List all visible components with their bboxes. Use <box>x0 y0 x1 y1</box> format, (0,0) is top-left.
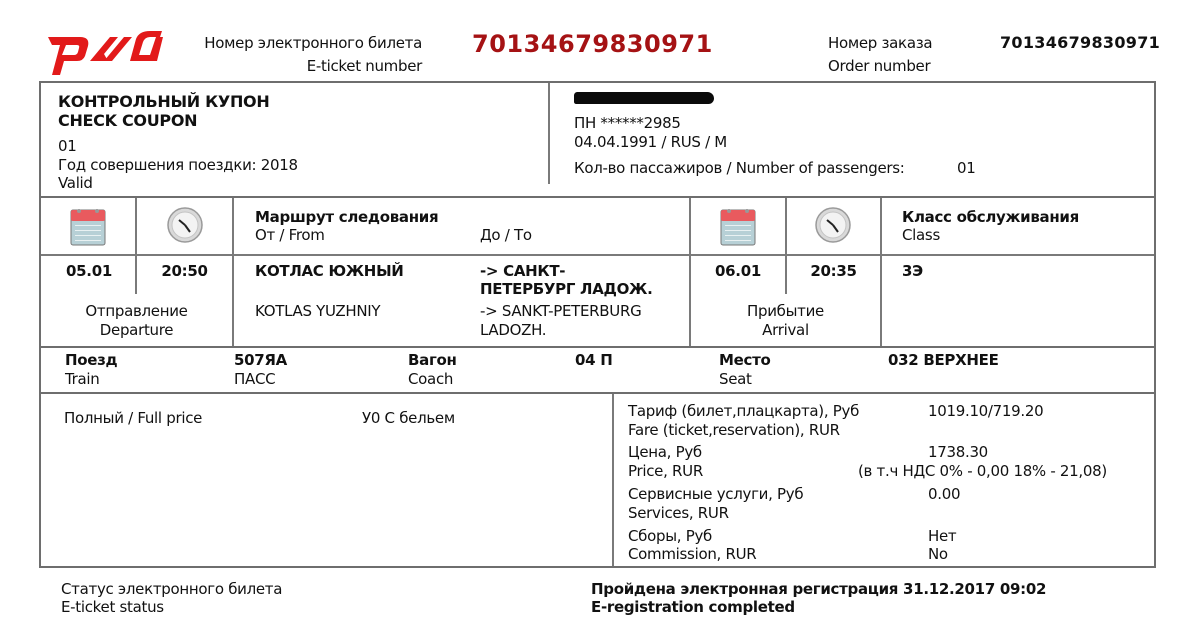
commission-value-en: No <box>928 545 948 564</box>
arrival-time: 20:35 <box>787 262 880 281</box>
status-label-en: E-ticket status <box>61 598 164 617</box>
commission-value-ru: Нет <box>928 527 956 546</box>
departure-date: 05.01 <box>43 262 135 281</box>
passenger-count-label: Кол-во пассажиров / Number of passengers… <box>574 159 905 178</box>
clock-icon <box>166 206 204 244</box>
coach-value: 04 П <box>575 351 612 370</box>
class-label-ru: Класс обслуживания <box>902 208 1079 227</box>
arrival-label-ru: Прибытие <box>691 302 880 321</box>
to-station-ru-2: ПЕТЕРБУРГ ЛАДОЖ. <box>480 280 652 299</box>
train-label-en: Train <box>65 370 100 389</box>
eticket-label-en: E-ticket number <box>150 55 422 78</box>
vat-note: (в т.ч НДС 0% - 0,00 18% - 21,08) <box>858 462 1107 481</box>
passenger-name-redacted <box>574 92 714 104</box>
divider <box>880 198 882 346</box>
order-label-en: Order number <box>828 55 932 78</box>
order-number-label: Номер заказа Order number <box>828 32 932 78</box>
price-value: 1738.30 <box>928 443 988 462</box>
train-label-ru: Поезд <box>65 351 117 370</box>
commission-label-en: Commission, RUR <box>628 545 756 564</box>
coach-label-ru: Вагон <box>408 351 457 370</box>
order-label-ru: Номер заказа <box>828 32 932 55</box>
valid-label: Valid <box>58 174 93 193</box>
coupon-title-en: CHECK COUPON <box>58 111 197 130</box>
departure-time: 20:50 <box>137 262 232 281</box>
rzd-logo <box>46 27 164 77</box>
from-label: От / From <box>255 226 325 245</box>
eticket-number: 70134679830971 <box>472 30 713 58</box>
fare-type: Полный / Full price <box>64 409 202 428</box>
price-label-en: Price, RUR <box>628 462 703 481</box>
eticket-number-label: Номер электронного билета E-ticket numbe… <box>150 32 422 78</box>
services-label-en: Services, RUR <box>628 504 729 523</box>
tariff-label-en: Fare (ticket,reservation), RUR <box>628 421 840 440</box>
tariff-value: 1019.10/719.20 <box>928 402 1043 421</box>
to-station-en-1: -> SANKT-PETERBURG <box>480 302 641 321</box>
coupon-number: 01 <box>58 137 77 156</box>
trip-year: Год совершения поездки: 2018 <box>58 156 298 175</box>
passenger-document: ПН ******2985 <box>574 114 681 133</box>
order-number: 70134679830971 <box>1000 33 1160 52</box>
seat-label-en: Seat <box>719 370 752 389</box>
status-value-ru: Пройдена электронная регистрация 31.12.2… <box>591 580 1046 599</box>
coach-label-en: Coach <box>408 370 453 389</box>
clock-icon <box>814 206 852 244</box>
divider <box>41 254 1154 256</box>
status-value-en: E-registration completed <box>591 598 795 617</box>
arrival-date: 06.01 <box>691 262 785 281</box>
from-station-en: KOTLAS YUZHNIY <box>255 302 380 321</box>
eticket-label-ru: Номер электронного билета <box>150 32 422 55</box>
seat-value: 032 ВЕРХНЕЕ <box>888 351 999 370</box>
class-value: 3Э <box>902 262 923 281</box>
train-type: ПАСС <box>234 370 275 389</box>
commission-label-ru: Сборы, Руб <box>628 527 712 546</box>
to-station-ru-1: -> САНКТ- <box>480 262 565 281</box>
to-station-en-2: LADOZH. <box>480 321 546 340</box>
status-label-ru: Статус электронного билета <box>61 580 282 599</box>
calendar-icon <box>720 206 756 246</box>
services-label-ru: Сервисные услуги, Руб <box>628 485 803 504</box>
divider <box>612 394 614 566</box>
class-label-en: Class <box>902 226 940 245</box>
arrival-label-en: Arrival <box>691 321 880 340</box>
train-number: 507ЯА <box>234 351 287 370</box>
route-header: Маршрут следования <box>255 208 438 227</box>
price-label-ru: Цена, Руб <box>628 443 702 462</box>
service-class: У0 С бельем <box>362 409 455 428</box>
tariff-label-ru: Тариф (билет,плацкарта), Руб <box>628 402 859 421</box>
services-value: 0.00 <box>928 485 960 504</box>
divider <box>548 83 550 184</box>
calendar-icon <box>70 206 106 246</box>
departure-label-ru: Отправление <box>41 302 232 321</box>
to-label: До / То <box>480 226 532 245</box>
coupon-title-ru: КОНТРОЛЬНЫЙ КУПОН <box>58 92 269 111</box>
passenger-birth-info: 04.04.1991 / RUS / M <box>574 133 727 152</box>
passenger-count: 01 <box>957 159 976 178</box>
from-station-ru: КОТЛАС ЮЖНЫЙ <box>255 262 404 281</box>
divider <box>232 198 234 346</box>
seat-label-ru: Место <box>719 351 771 370</box>
departure-label-en: Departure <box>41 321 232 340</box>
